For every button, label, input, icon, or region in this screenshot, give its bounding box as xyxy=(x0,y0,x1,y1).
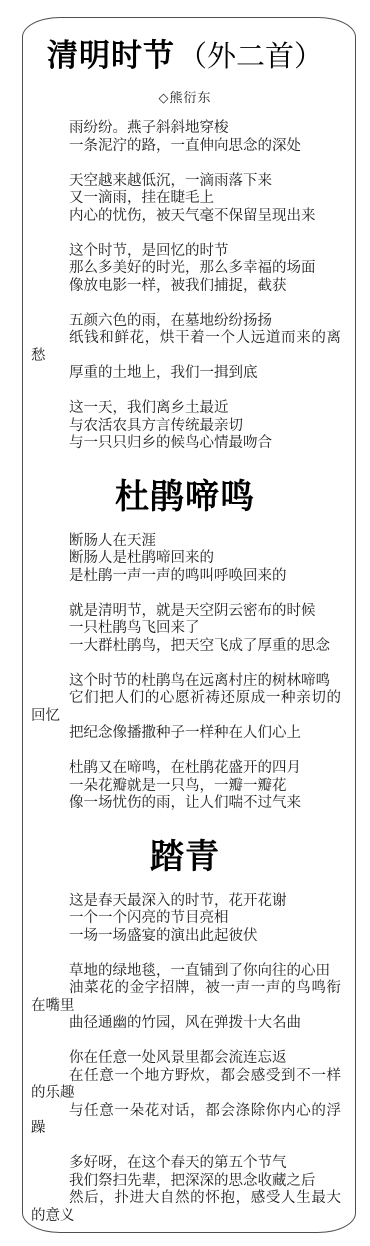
verse-line: 与一只只归乡的候鸟心情最吻合 xyxy=(31,435,341,453)
verse-line: 像一场忧伤的雨，让人们喘不过气来 xyxy=(31,795,341,813)
verse-line: 一大群杜鹃鸟，把天空飞成了厚重的思念 xyxy=(31,638,341,656)
verse-line: 杜鹃又在啼鸣，在杜鹃花盛开的四月 xyxy=(31,760,341,778)
verse-line: 这是春天最深入的时节，花开花谢 xyxy=(31,893,341,911)
stanza: 草地的绿地毯，一直铺到了你向往的心田油菜花的金字招牌，被一声一声的鸟鸣衔在嘴里曲… xyxy=(31,963,339,1033)
verse-line: 与农活农具方言传统最亲切 xyxy=(31,418,341,436)
verse-line: 一场一场盛宴的演出此起彼伏 xyxy=(31,928,341,946)
verse-line: 纸钱和鲜花，烘干着一个人远道而来的离愁 xyxy=(31,330,341,365)
verse-line: 断肠人在天涯 xyxy=(31,533,341,551)
verse-line: 然后，扑进大自然的怀抱，感受人生最大的意义 xyxy=(31,1190,341,1225)
verse-line: 天空越来越低沉，一滴雨落下来 xyxy=(31,173,341,191)
poem-title: 杜鹃啼鸣 xyxy=(31,475,339,519)
stanza: 这个时节，是回忆的时节那么多美好的时光，那么多幸福的场面像放电影一样，被我们捕捉… xyxy=(31,243,339,296)
stanza: 断肠人在天涯断肠人是杜鹃啼回来的是杜鹃一声一声的鸣叫呼唤回来的 xyxy=(31,533,339,586)
poem-2: 杜鹃啼鸣断肠人在天涯断肠人是杜鹃啼回来的是杜鹃一声一声的鸣叫呼唤回来的就是清明节… xyxy=(31,475,339,813)
stanza: 这个时节的杜鹃鸟在远离村庄的树林啼鸣它们把人们的心愿祈祷还原成一种亲切的回忆把纪… xyxy=(31,673,339,743)
verse-line: 五颜六色的雨，在墓地纷纷扬扬 xyxy=(31,313,341,331)
verse-line: 草地的绿地毯，一直铺到了你向往的心田 xyxy=(31,963,341,981)
verse-line: 就是清明节，就是天空阴云密布的时候 xyxy=(31,603,341,621)
poem-page-sheet: 清明时节（外二首） ◇熊衍东 雨纷纷。燕子斜斜地穿梭一条泥泞的路，一直伸向思念的… xyxy=(22,17,356,1233)
verse-line: 像放电影一样，被我们捕捉，截获 xyxy=(31,278,341,296)
author-line: ◇熊衍东 xyxy=(31,87,339,106)
verse-line: 这个时节，是回忆的时节 xyxy=(31,243,341,261)
stanza: 多好呀，在这个春天的第五个节气我们祭扫先辈，把深深的思念收藏之后然后，扑进大自然… xyxy=(31,1155,339,1225)
verse-line: 内心的忧伤，被天气毫不保留呈现出来 xyxy=(31,208,341,226)
stanza: 杜鹃又在啼鸣，在杜鹃花盛开的四月一朵花瓣就是一只鸟，一瓣一瓣花像一场忧伤的雨，让… xyxy=(31,760,339,813)
poem-1: 雨纷纷。燕子斜斜地穿梭一条泥泞的路，一直伸向思念的深处天空越来越低沉，一滴雨落下… xyxy=(31,120,339,453)
poem-3: 踏青这是春天最深入的时节，花开花谢一个一个闪亮的节目亮相一场一场盛宴的演出此起彼… xyxy=(31,835,339,1226)
stanza: 天空越来越低沉，一滴雨落下来又一滴雨，挂在睫毛上内心的忧伤，被天气毫不保留呈现出… xyxy=(31,173,339,226)
verse-line: 断肠人是杜鹃啼回来的 xyxy=(31,550,341,568)
verse-line: 这一天，我们离乡土最近 xyxy=(31,400,341,418)
verse-line: 与任意一朵花对话，都会涤除你内心的浮躁 xyxy=(31,1103,341,1138)
verse-line: 把纪念像播撒种子一样种在人们心上 xyxy=(31,725,341,743)
verse-line: 厚重的土地上，我们一揖到底 xyxy=(31,365,341,383)
verse-line: 油菜花的金字招牌，被一声一声的鸟鸣衔在嘴里 xyxy=(31,980,341,1015)
author-name: 熊衍东 xyxy=(169,90,211,105)
stanza: 这是春天最深入的时节，花开花谢一个一个闪亮的节目亮相一场一场盛宴的演出此起彼伏 xyxy=(31,893,339,946)
verse-line: 一条泥泞的路，一直伸向思念的深处 xyxy=(31,138,341,156)
page-title-main: 清明时节 xyxy=(47,38,175,73)
verse-line: 它们把人们的心愿祈祷还原成一种亲切的回忆 xyxy=(31,690,341,725)
verse-line: 又一滴雨，挂在睫毛上 xyxy=(31,190,341,208)
poem-title: 踏青 xyxy=(31,835,339,879)
diamond-icon: ◇ xyxy=(158,90,169,105)
poems-container: 雨纷纷。燕子斜斜地穿梭一条泥泞的路，一直伸向思念的深处天空越来越低沉，一滴雨落下… xyxy=(31,120,339,1225)
stanza: 雨纷纷。燕子斜斜地穿梭一条泥泞的路，一直伸向思念的深处 xyxy=(31,120,339,155)
verse-line: 这个时节的杜鹃鸟在远离村庄的树林啼鸣 xyxy=(31,673,341,691)
page-title-subtitle: （外二首） xyxy=(178,41,323,73)
page-header: 清明时节（外二首） ◇熊衍东 xyxy=(31,35,339,106)
stanza: 五颜六色的雨，在墓地纷纷扬扬纸钱和鲜花，烘干着一个人远道而来的离愁厚重的土地上，… xyxy=(31,313,339,383)
stanza: 就是清明节，就是天空阴云密布的时候一只杜鹃鸟飞回来了一大群杜鹃鸟，把天空飞成了厚… xyxy=(31,603,339,656)
verse-line: 一只杜鹃鸟飞回来了 xyxy=(31,620,341,638)
verse-line: 雨纷纷。燕子斜斜地穿梭 xyxy=(31,120,341,138)
verse-line: 一朵花瓣就是一只鸟，一瓣一瓣花 xyxy=(31,778,341,796)
verse-line: 是杜鹃一声一声的鸣叫呼唤回来的 xyxy=(31,568,341,586)
stanza: 你在任意一处风景里都会流连忘返在任意一个地方野炊，都会感受到不一样的乐趣与任意一… xyxy=(31,1050,339,1138)
verse-line: 我们祭扫先辈，把深深的思念收藏之后 xyxy=(31,1173,341,1191)
verse-line: 在任意一个地方野炊，都会感受到不一样的乐趣 xyxy=(31,1068,341,1103)
stanza: 这一天，我们离乡土最近与农活农具方言传统最亲切与一只只归乡的候鸟心情最吻合 xyxy=(31,400,339,453)
verse-line: 曲径通幽的竹园，风在弹拨十大名曲 xyxy=(31,1015,341,1033)
verse-line: 你在任意一处风景里都会流连忘返 xyxy=(31,1050,341,1068)
verse-line: 多好呀，在这个春天的第五个节气 xyxy=(31,1155,341,1173)
page-title: 清明时节（外二首） xyxy=(31,35,339,78)
verse-line: 那么多美好的时光，那么多幸福的场面 xyxy=(31,260,341,278)
verse-line: 一个一个闪亮的节目亮相 xyxy=(31,910,341,928)
